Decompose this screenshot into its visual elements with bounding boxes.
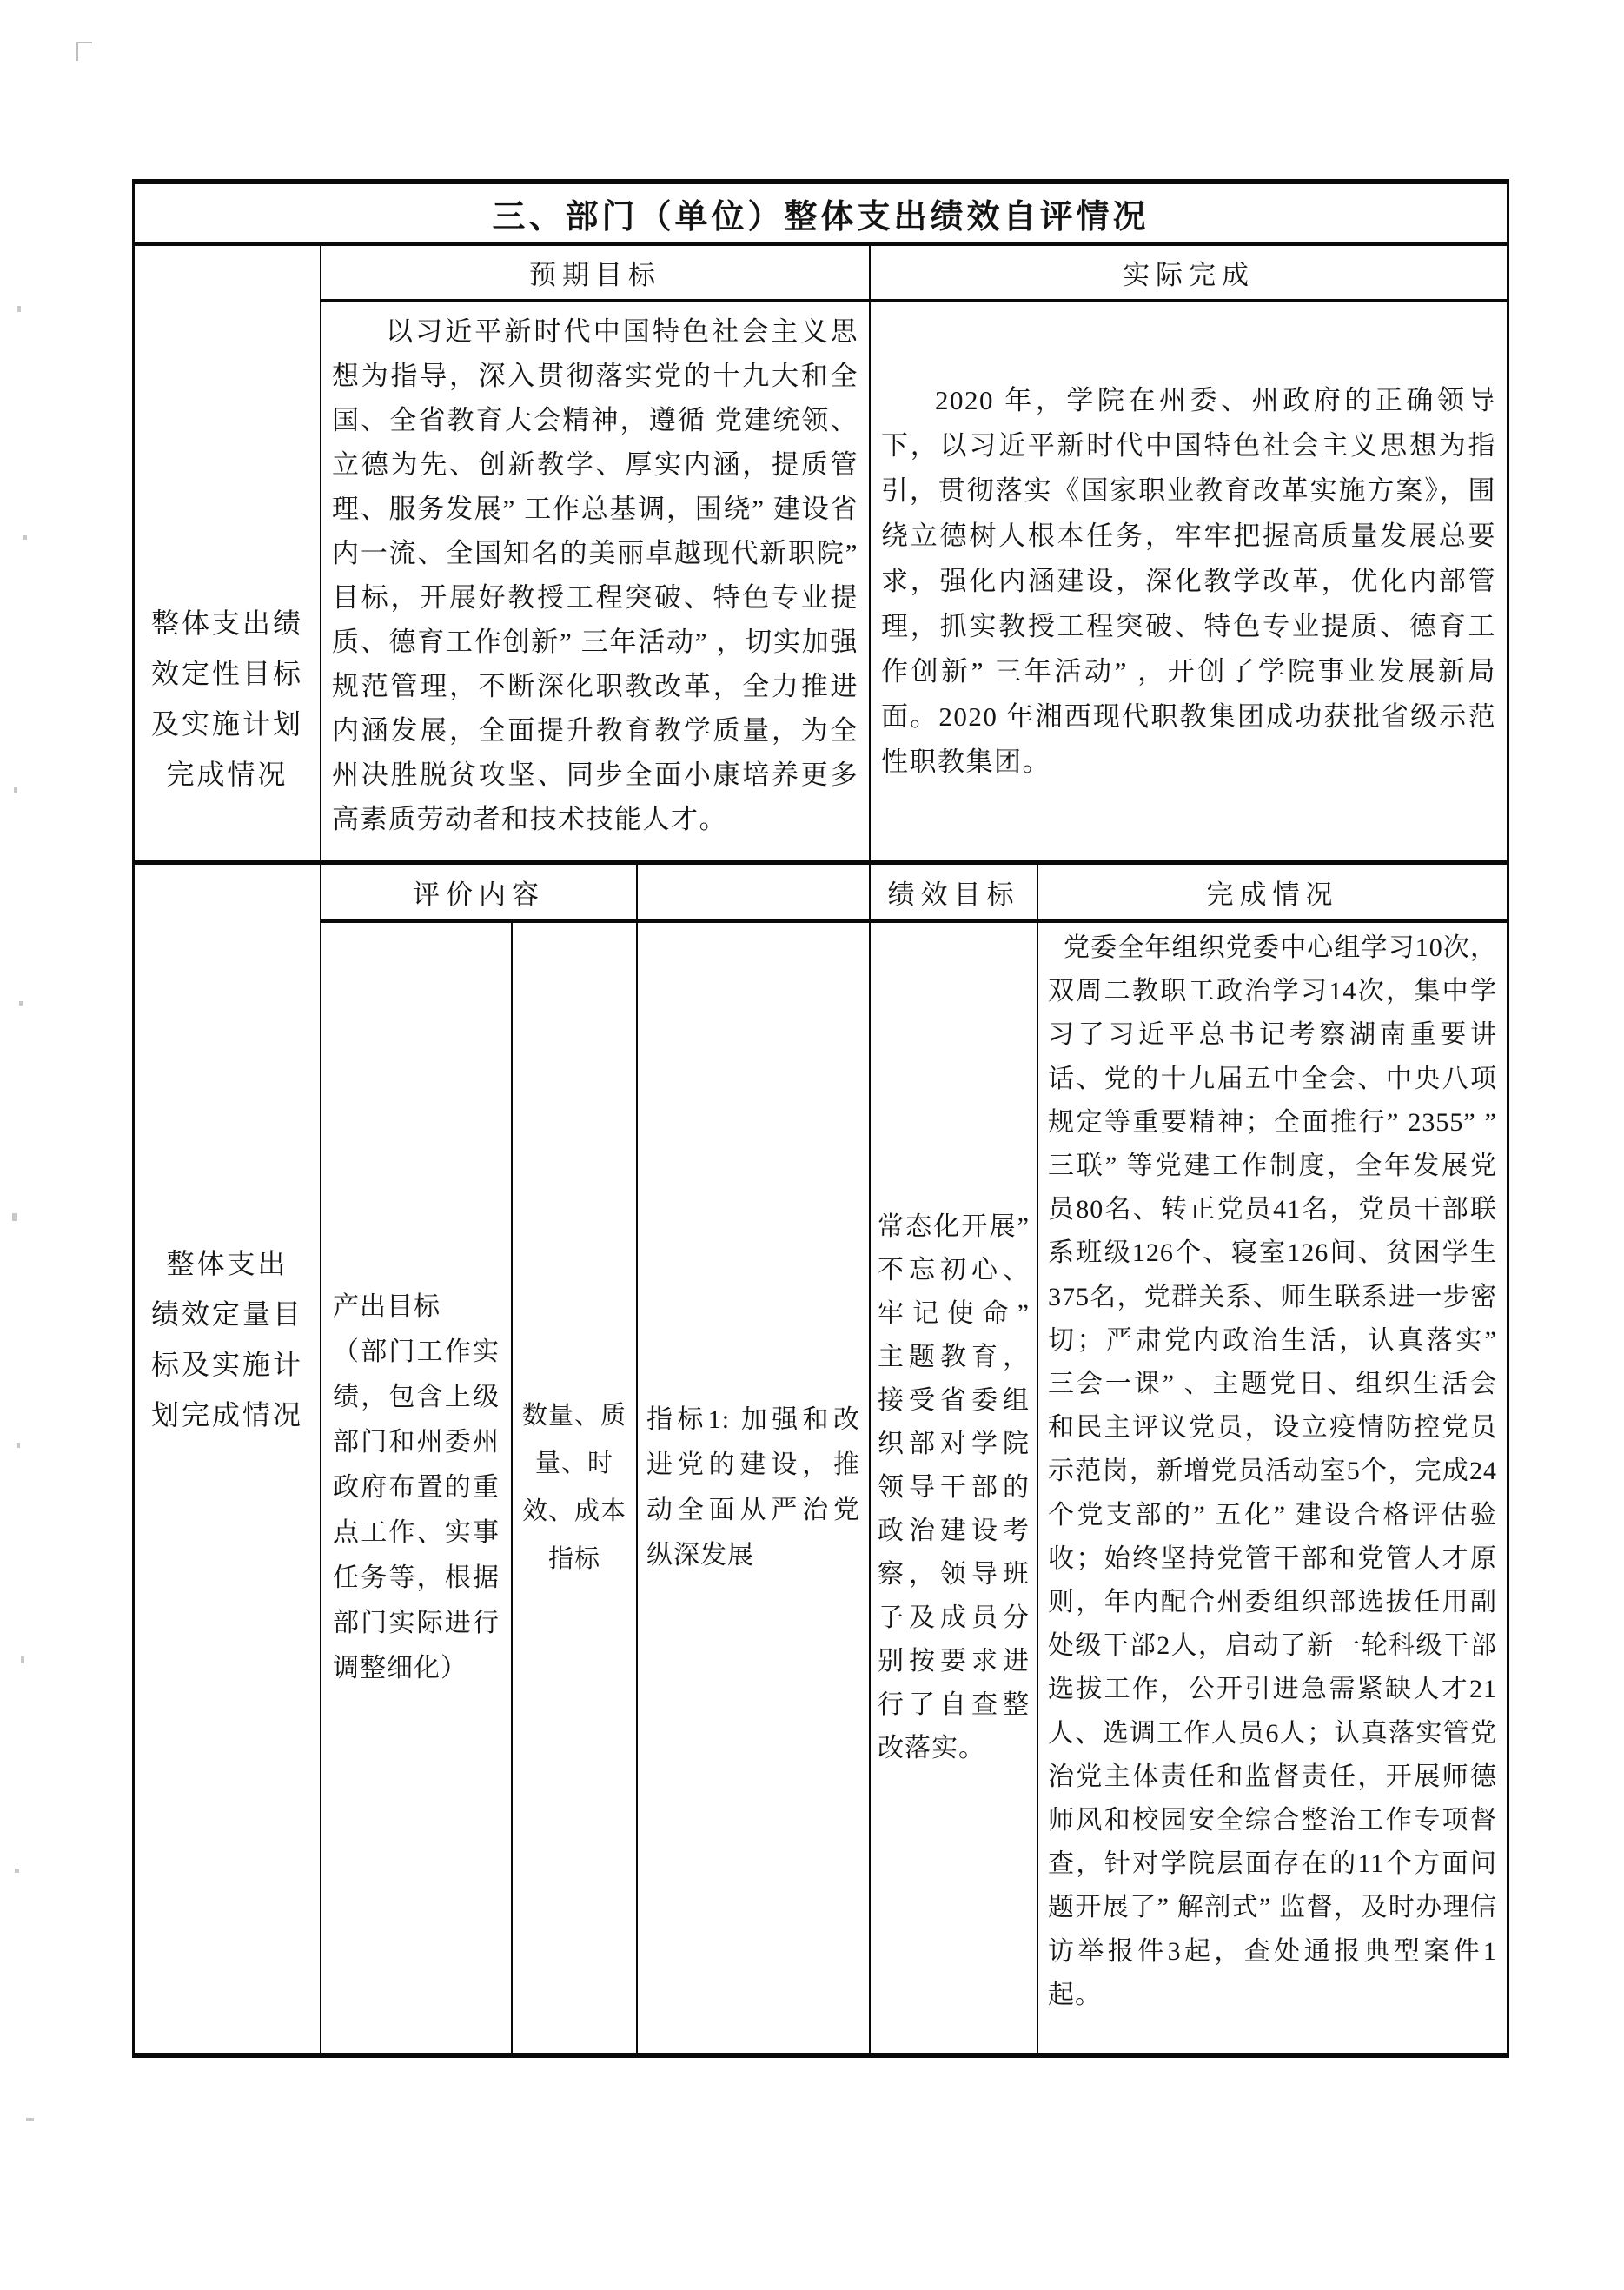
table-border-right	[1507, 179, 1509, 2058]
section2-header-performance-goal: 绩效目标	[871, 865, 1037, 919]
section2-row-label: 整体支出 绩效定量目 标及实施计 划完成情况	[135, 865, 320, 2053]
table-border-bottom	[132, 2053, 1509, 2058]
section2-indicator1-text: 指标1: 加强和改进党的建设，推动全面从严治党纵深发展	[646, 1397, 860, 1578]
section1-header-expected: 预期目标	[321, 246, 869, 299]
section2-indicator1-cell: 指标1: 加强和改进党的建设，推动全面从严治党纵深发展	[638, 923, 869, 2053]
section1-actual-text: 2020 年，学院在州委、州政府的正确领导下，以习近平新时代中国特色社会主义思想…	[881, 378, 1496, 785]
section2-output-goal-cell: 产出目标 （部门工作实绩，包含上级部门和州委州政府布置的重点工作、实事任务等，根…	[321, 923, 511, 2053]
scan-artifact	[76, 42, 92, 61]
scan-artifact	[21, 1656, 24, 1663]
section2-metric-dimensions-cell: 数量、质量、时效、成本指标	[513, 923, 636, 2053]
scan-artifact	[17, 1443, 20, 1448]
section2-performance-goal-cell: 常态化开展” 不忘初心、牢记使命” 主题教育，接受省委组织部对学院领导干部的政治…	[871, 923, 1037, 2053]
section2-header-completion: 完成情况	[1038, 865, 1507, 919]
scan-artifact	[17, 306, 21, 312]
table-title-row: 三、部门（单位）整体支出绩效自评情况	[132, 184, 1509, 242]
scan-artifact	[23, 535, 27, 540]
section1-expected-text: 以习近平新时代中国特色社会主义思想为指导，深入贯彻落实党的十九大和全国、全省教育…	[321, 302, 869, 860]
scan-artifact	[19, 1001, 23, 1006]
section2-completion-text: 党委全年组织党委中心组学习10次，双周二教职工政治学习14次，集中学习了习近平总…	[1038, 923, 1507, 2053]
section2-output-goal-text: 产出目标 （部门工作实绩，包含上级部门和州委州政府布置的重点工作、实事任务等，根…	[333, 1284, 500, 1691]
section1-row-label: 整体支出绩 效定性目标 及实施计划 完成情况	[135, 246, 320, 860]
section1-header-actual: 实际完成	[871, 246, 1507, 299]
scan-artifact	[14, 787, 17, 793]
section2-performance-goal-text: 常态化开展” 不忘初心、牢记使命” 主题教育，接受省委组织部对学院领导干部的政治…	[878, 1205, 1030, 1770]
section1-actual-cell: 2020 年，学院在州委、州政府的正确领导下，以习近平新时代中国特色社会主义思想…	[871, 302, 1507, 860]
scan-artifact	[15, 1869, 19, 1873]
section2-header-evaluation: 评价内容	[321, 865, 636, 919]
scanned-document-page: 三、部门（单位）整体支出绩效自评情况 整体支出绩 效定性目标 及实施计划 完成情…	[0, 0, 1624, 2290]
section2-header-blank-cell	[638, 865, 869, 919]
performance-self-evaluation-table: 三、部门（单位）整体支出绩效自评情况 整体支出绩 效定性目标 及实施计划 完成情…	[132, 179, 1509, 2058]
scan-artifact	[12, 1213, 17, 1221]
section2-metric-dimensions-text: 数量、质量、时效、成本指标	[520, 1392, 628, 1583]
table-title: 三、部门（单位）整体支出绩效自评情况	[492, 189, 1149, 237]
scan-artifact	[26, 2118, 34, 2121]
